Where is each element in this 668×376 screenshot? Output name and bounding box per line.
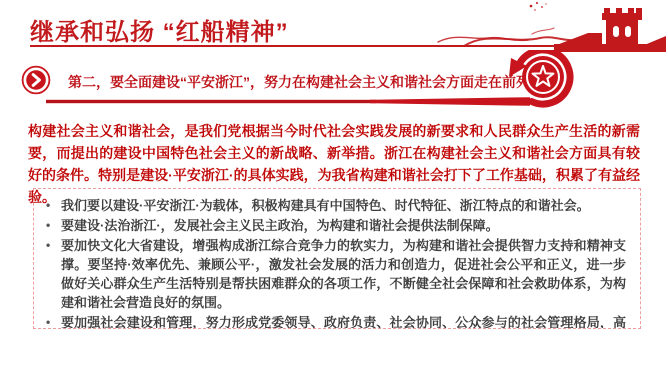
bullet-dot-icon: • [46,196,50,215]
star-badge-icon [40,50,585,114]
great-wall-icon [436,0,666,52]
presentation-slide: 继承和弘扬 “红船精神” 第二，要 [0,0,668,376]
list-item: • 要加强社会建设和管理，努力形成党委领导、政府负责、社会协同、公众参与的社会管… [34,313,626,329]
bullet-text: 要加强社会建设和管理，努力形成党委领导、政府负责、社会协同、公众参与的社会管理格… [61,315,626,329]
bullet-list: • 我们要以建设·平安浙江·为载体，积极构建具有中国特色、时代特征、浙江特点的和… [34,196,626,329]
bullet-box: • 我们要以建设·平安浙江·为载体，积极构建具有中国特色、时代特征、浙江特点的和… [33,188,641,329]
bullet-dot-icon: • [46,236,50,255]
list-item: • 要加快文化大省建设，增强构成浙江综合竞争力的软实力，为构建和谐社会提供智力支… [34,236,626,312]
page-title: 继承和弘扬 “红船精神” [30,12,289,47]
bullet-text: 要加快文化大省建设，增强构成浙江综合竞争力的软实力，为构建和谐社会提供智力支持和… [61,238,626,310]
bullet-dot-icon: • [46,313,50,329]
bullet-text: 要建设·法治浙江·，发展社会主义民主政治，为构建和谐社会提供法制保障。 [61,218,499,233]
list-item: • 要建设·法治浙江·，发展社会主义民主政治，为构建和谐社会提供法制保障。 [34,216,626,235]
list-item: • 我们要以建设·平安浙江·为载体，积极构建具有中国特色、时代特征、浙江特点的和… [34,196,626,215]
bullet-text: 我们要以建设·平安浙江·为载体，积极构建具有中国特色、时代特征、浙江特点的和谐社… [61,198,590,213]
bullet-dot-icon: • [46,216,50,235]
